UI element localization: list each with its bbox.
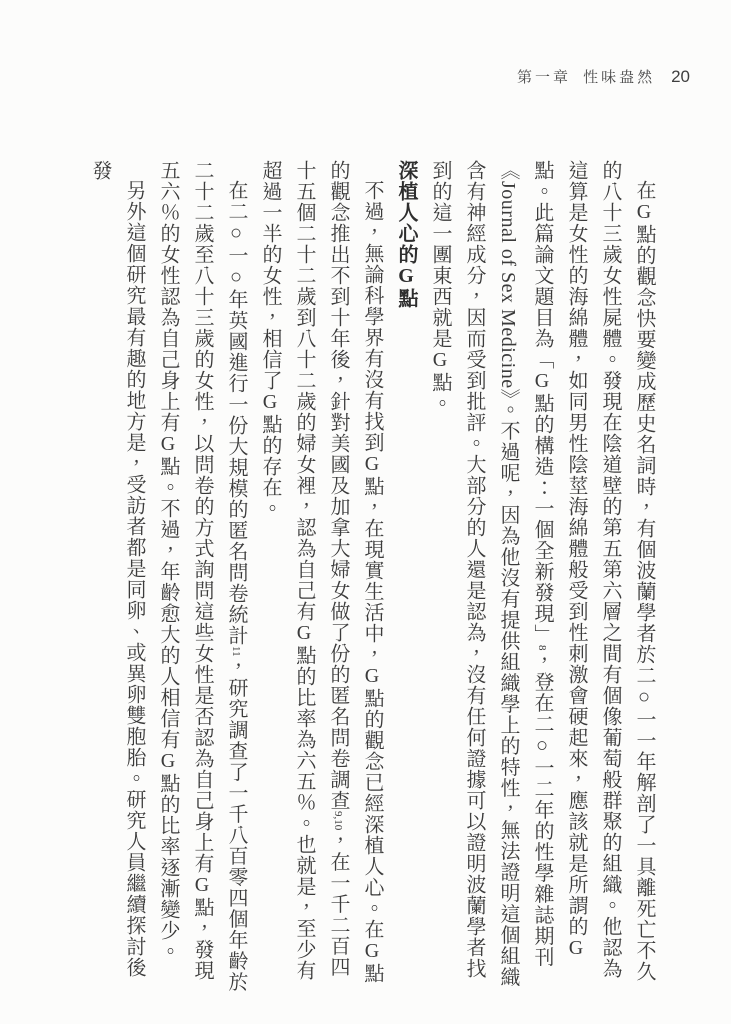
text-run: 點的比率逐漸變少。 [157,773,179,962]
text-run: 點。不過，年齡愈大的人相信有 [157,456,179,750]
paragraph: 不過，無論科學界有沒有找到G點，在現實生活中，G點的觀念已經深植人心。在G點的觀… [253,160,389,994]
paragraph: 在G點的觀念快要變成歷史名詞時，有個波蘭學者於二○一一年解剖了一具離死亡不久的八… [423,160,661,994]
text-run: 點的觀念快要變成歷史名詞時，有個波蘭學者於二○一一年解剖了一具離死亡不久的八十三… [565,160,655,982]
chapter-label: 第一章 [517,70,571,86]
text-run: 不過，無論科學界有沒有找到 [361,180,383,453]
upright-latin-char: G [633,201,655,224]
body-text-block: 在G點的觀念快要變成歷史名詞時，有個波蘭學者於二○一一年解剖了一具離死亡不久的八… [83,160,661,994]
footnote-ref: 11 [230,646,242,657]
running-head: 第一章性味盎然20 [517,66,690,87]
text-run: 點的存在。 [259,414,281,519]
text-run: 點的觀念已經深植人心。在 [361,688,383,940]
text-run: 點，在現實生活中， [361,476,383,665]
text-run: 點。此篇論文題目為「 [531,160,553,370]
paragraph: 在二○一○年英國進行一份大規模的匿名問卷統計11，研究調查了一千八百零四個年齡於… [151,160,253,994]
upright-latin-char: G [191,874,213,897]
upright-latin-char: G [361,665,383,688]
upright-latin-char: G [157,750,179,773]
text-run: 另外這個研究最有趣的地方是，受訪者都是同卵、或異卵雙胞胎。研究人員繼續探討後發 [89,160,145,978]
text-run: 深植人心的 [395,160,417,265]
upright-latin-char: G [429,349,451,372]
text-run: 在 [633,180,655,201]
upright-latin-char: G [293,622,315,645]
upright-latin-char: G [157,433,179,456]
text-run: 點的構造：一個全新發現」 [531,393,553,645]
upright-latin-char: G [395,265,417,288]
chapter-title: 性味盎然 [583,70,655,86]
section-heading: 深植人心的G點 [389,160,423,994]
paragraph: 另外這個研究最有趣的地方是，受訪者都是同卵、或異卵雙胞胎。研究人員繼續探討後發 [83,160,151,994]
upright-latin-char: G [259,391,281,414]
page-number: 20 [671,67,690,86]
text-run: 在二○一○年英國進行一份大規模的匿名問卷統計 [225,180,247,646]
upright-latin-char: G [361,940,383,963]
footnote-ref: 9,10 [332,811,344,830]
upright-latin-char: G [565,937,587,960]
upright-latin-char: G [531,370,553,393]
text-run: 點 [395,288,417,309]
text-run: 點。 [429,372,451,414]
latin-journal-title: Journal of Sex Medicine [497,181,519,389]
upright-latin-char: G [361,453,383,476]
